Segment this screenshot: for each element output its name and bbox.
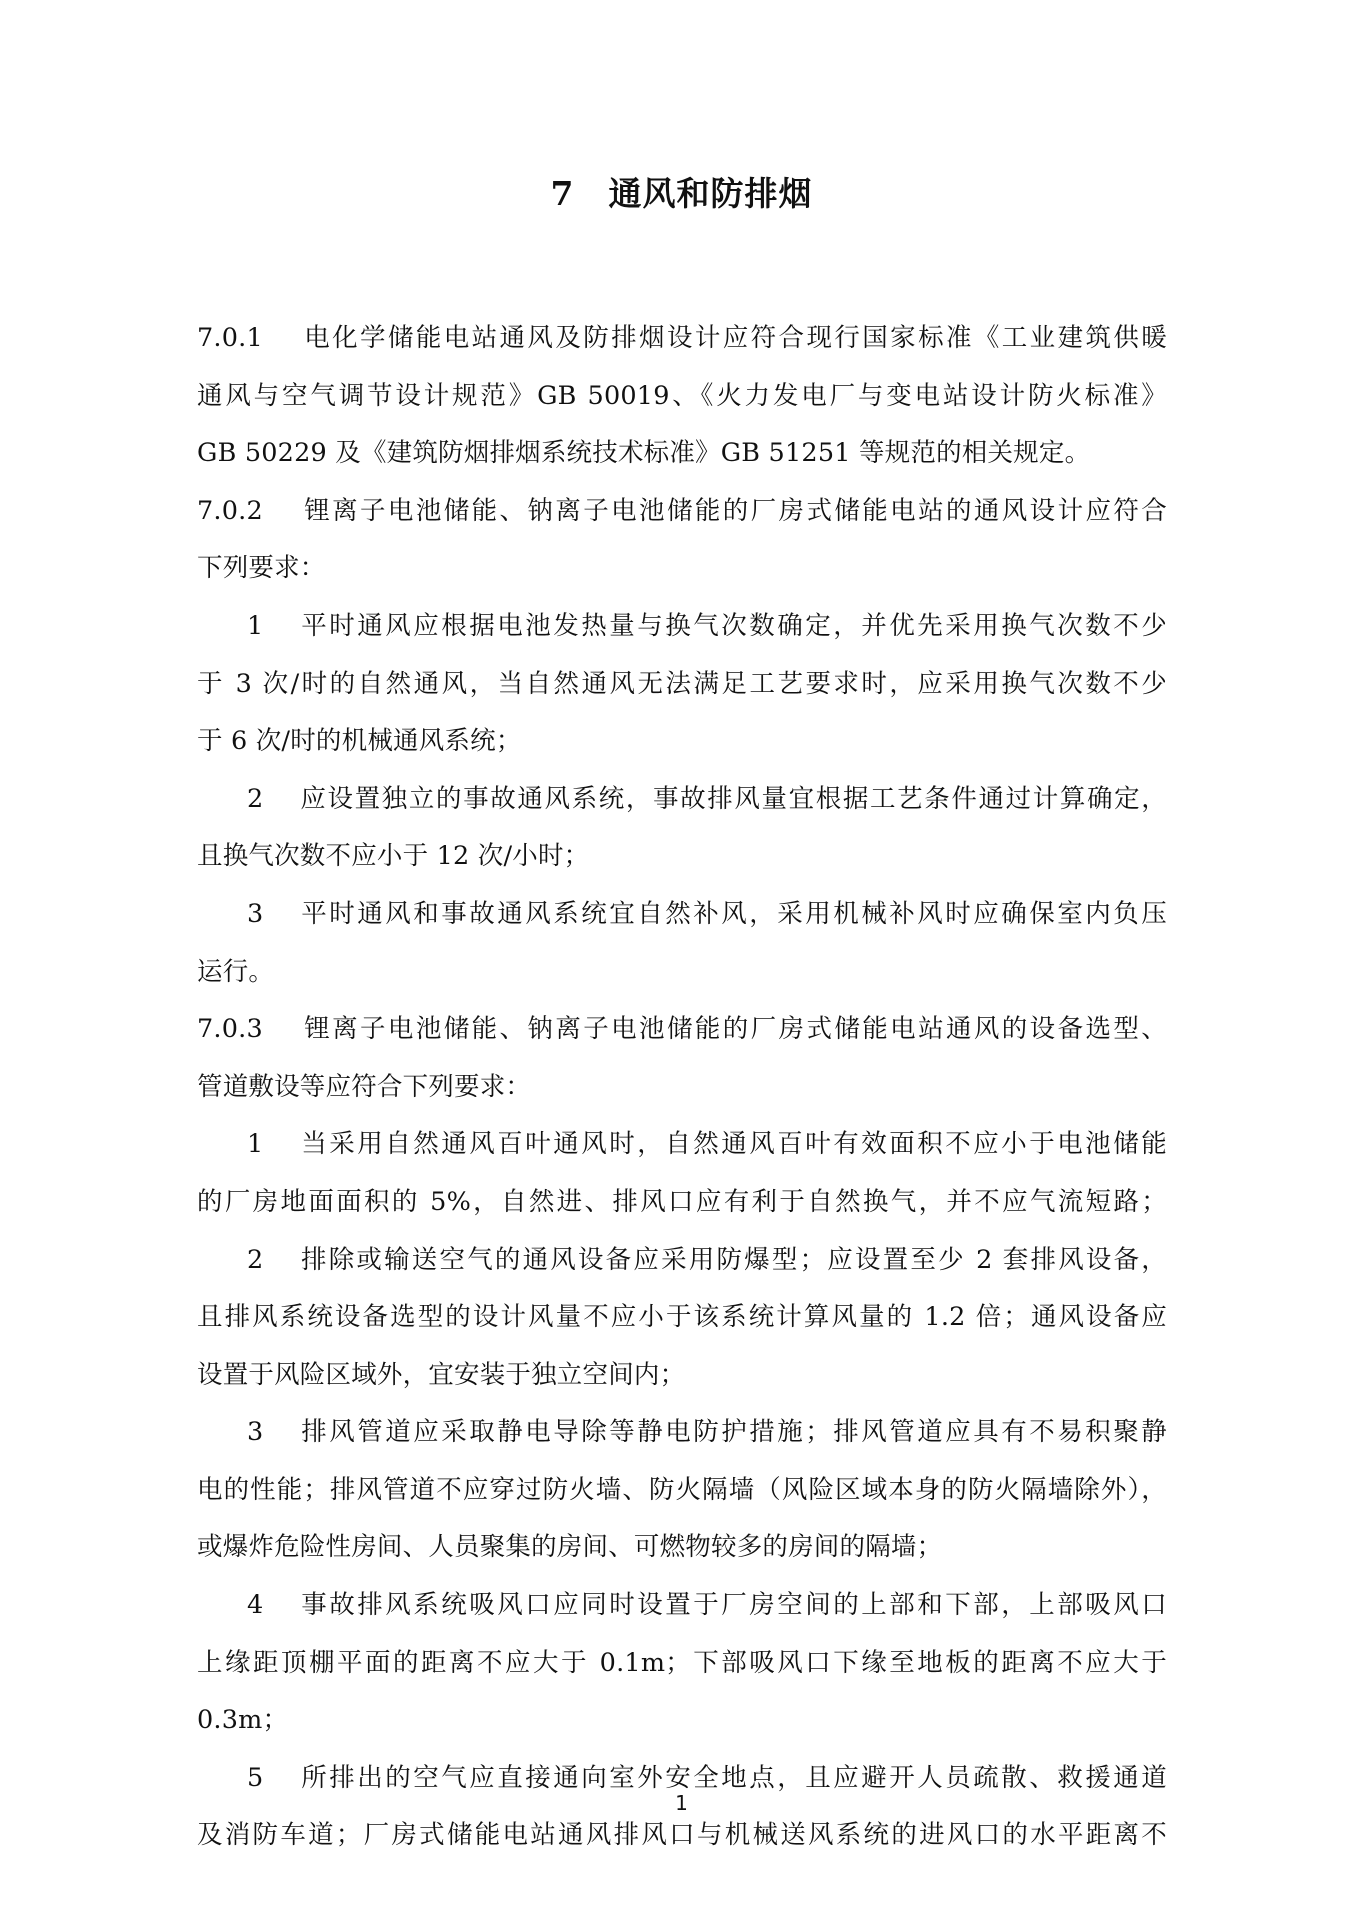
item-number: 2 (247, 771, 299, 829)
item-line: 于 3 次/时的自然通风，当自然通风无法满足工艺要求时，应采用换气次数不少 (197, 656, 1167, 714)
item-line: 电的性能；排风管道不应穿过防火墙、防火隔墙（风险区域本身的防火隔墙除外）， (197, 1462, 1167, 1520)
item-text: 平时通风应根据电池发热量与换气次数确定，并优先采用换气次数不少 (299, 611, 1167, 641)
item-line: 2应设置独立的事故通风系统，事故排风量宜根据工艺条件通过计算确定， (197, 771, 1167, 829)
clause-7-0-3: 7.0.3锂离子电池储能、钠离子电池储能的厂房式储能电站通风的设备选型、 管道敷… (197, 1001, 1167, 1865)
item-text: 排除或输送空气的通风设备应采用防爆型；应设置至少 2 套排风设备， (299, 1245, 1167, 1275)
clause-line: 下列要求： (197, 540, 1167, 598)
clause-line: 7.0.2锂离子电池储能、钠离子电池储能的厂房式储能电站的通风设计应符合 (197, 483, 1167, 541)
clause-line: 7.0.1电化学储能电站通风及防排烟设计应符合现行国家标准《工业建筑供暖 (197, 310, 1167, 368)
item-line: 运行。 (197, 944, 1167, 1002)
chapter-title: 通风和防排烟 (608, 174, 812, 213)
item-text: 事故排风系统吸风口应同时设置于厂房空间的上部和下部，上部吸风口 (299, 1590, 1167, 1620)
document-page: 7通风和防排烟 7.0.1电化学储能电站通风及防排烟设计应符合现行国家标准《工业… (0, 0, 1363, 1930)
item-line: 或爆炸危险性房间、人员聚集的房间、可燃物较多的房间的隔墙； (197, 1519, 1167, 1577)
clause-line: 通风与空气调节设计规范》GB 50019、《火力发电厂与变电站设计防火标准》 (197, 368, 1167, 426)
item-text: 平时通风和事故通风系统宜自然补风，采用机械补风时应确保室内负压 (299, 899, 1167, 929)
clause-line: 管道敷设等应符合下列要求： (197, 1059, 1167, 1117)
item-number: 3 (247, 886, 299, 944)
item-line: 3平时通风和事故通风系统宜自然补风，采用机械补风时应确保室内负压 (197, 886, 1167, 944)
item-line: 上缘距顶棚平面的距离不应大于 0.1m；下部吸风口下缘至地板的距离不应大于 (197, 1635, 1167, 1693)
item-line: 3排风管道应采取静电导除等静电防护措施；排风管道应具有不易积聚静 (197, 1404, 1167, 1462)
list-item: 4事故排风系统吸风口应同时设置于厂房空间的上部和下部，上部吸风口 上缘距顶棚平面… (197, 1577, 1167, 1750)
list-item: 3平时通风和事故通风系统宜自然补风，采用机械补风时应确保室内负压 运行。 (197, 886, 1167, 1001)
item-line: 0.3m； (197, 1692, 1167, 1750)
clause-line: GB 50229 及《建筑防烟排烟系统技术标准》GB 51251 等规范的相关规… (197, 425, 1167, 483)
item-number: 3 (247, 1404, 299, 1462)
item-number: 1 (247, 598, 299, 656)
chapter-heading: 7通风和防排烟 (0, 172, 1363, 216)
item-line: 及消防车道；厂房式储能电站通风排风口与机械送风系统的进风口的水平距离不 (197, 1807, 1167, 1865)
clause-number: 7.0.2 (197, 483, 302, 541)
item-line: 于 6 次/时的机械通风系统； (197, 713, 1167, 771)
clause-line: 7.0.3锂离子电池储能、钠离子电池储能的厂房式储能电站通风的设备选型、 (197, 1001, 1167, 1059)
item-text: 所排出的空气应直接通向室外安全地点，且应避开人员疏散、救援通道 (299, 1763, 1167, 1793)
item-number: 4 (247, 1577, 299, 1635)
item-line: 2排除或输送空气的通风设备应采用防爆型；应设置至少 2 套排风设备， (197, 1232, 1167, 1290)
page-number: 1 (0, 1791, 1363, 1815)
item-line: 的厂房地面面积的 5%，自然进、排风口应有利于自然换气，并不应气流短路； (197, 1174, 1167, 1232)
item-line: 且排风系统设备选型的设计风量不应小于该系统计算风量的 1.2 倍；通风设备应 (197, 1289, 1167, 1347)
item-line: 1当采用自然通风百叶通风时，自然通风百叶有效面积不应小于电池储能 (197, 1116, 1167, 1174)
list-item: 3排风管道应采取静电导除等静电防护措施；排风管道应具有不易积聚静 电的性能；排风… (197, 1404, 1167, 1577)
item-line: 4事故排风系统吸风口应同时设置于厂房空间的上部和下部，上部吸风口 (197, 1577, 1167, 1635)
item-text: 应设置独立的事故通风系统，事故排风量宜根据工艺条件通过计算确定， (299, 784, 1167, 814)
list-item: 2排除或输送空气的通风设备应采用防爆型；应设置至少 2 套排风设备， 且排风系统… (197, 1232, 1167, 1405)
chapter-number: 7 (551, 174, 575, 213)
clause-number: 7.0.3 (197, 1001, 302, 1059)
document-body: 7.0.1电化学储能电站通风及防排烟设计应符合现行国家标准《工业建筑供暖 通风与… (197, 310, 1167, 1865)
list-item: 1当采用自然通风百叶通风时，自然通风百叶有效面积不应小于电池储能 的厂房地面面积… (197, 1116, 1167, 1231)
item-line: 设置于风险区域外，宜安装于独立空间内； (197, 1347, 1167, 1405)
clause-number: 7.0.1 (197, 310, 302, 368)
item-number: 1 (247, 1116, 299, 1174)
item-text: 当采用自然通风百叶通风时，自然通风百叶有效面积不应小于电池储能 (299, 1129, 1167, 1159)
clause-7-0-1: 7.0.1电化学储能电站通风及防排烟设计应符合现行国家标准《工业建筑供暖 通风与… (197, 310, 1167, 483)
item-line: 1平时通风应根据电池发热量与换气次数确定，并优先采用换气次数不少 (197, 598, 1167, 656)
list-item: 2应设置独立的事故通风系统，事故排风量宜根据工艺条件通过计算确定， 且换气次数不… (197, 771, 1167, 886)
item-line: 且换气次数不应小于 12 次/小时； (197, 828, 1167, 886)
item-number: 2 (247, 1232, 299, 1290)
item-text: 排风管道应采取静电导除等静电防护措施；排风管道应具有不易积聚静 (299, 1417, 1167, 1447)
clause-text: 电化学储能电站通风及防排烟设计应符合现行国家标准《工业建筑供暖 (302, 323, 1167, 353)
clause-text: 锂离子电池储能、钠离子电池储能的厂房式储能电站通风的设备选型、 (302, 1014, 1167, 1044)
clause-text: 锂离子电池储能、钠离子电池储能的厂房式储能电站的通风设计应符合 (302, 496, 1167, 526)
list-item: 1平时通风应根据电池发热量与换气次数确定，并优先采用换气次数不少 于 3 次/时… (197, 598, 1167, 771)
clause-7-0-2: 7.0.2锂离子电池储能、钠离子电池储能的厂房式储能电站的通风设计应符合 下列要… (197, 483, 1167, 1001)
